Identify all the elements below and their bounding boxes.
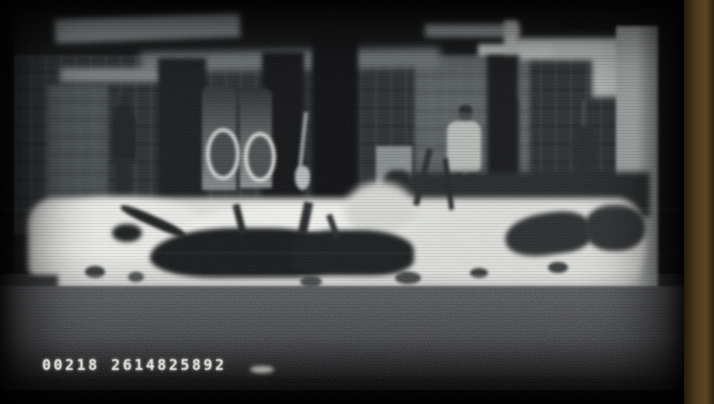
debris-speck [85,266,105,278]
surveillance-photo-still: 00218 2614825892 [0,0,714,404]
hanging-bag [572,126,596,170]
timecode-counter: 00218 2614825892 [42,356,227,374]
monitor-frame-edge [684,0,714,404]
right-figure-hair [459,105,472,113]
debris-chunk [585,205,645,251]
debris-speck [128,272,144,282]
tear-line [0,252,684,254]
dark-column [158,58,206,218]
dark-column-center [312,0,358,218]
tear-line [0,300,684,301]
right-figure-shirt [447,121,481,175]
oval-opening [206,128,240,180]
left-figure-body [112,104,136,162]
counter-smudge [250,366,274,373]
hanging-cord [582,100,584,128]
debris-speck [548,262,568,273]
bottom-black-band [0,378,684,404]
debris-speck [395,272,421,284]
shovel-blade [295,166,310,190]
tear-line [0,208,684,210]
video-frame: 00218 2614825892 [0,0,684,404]
debris-speck [470,268,488,278]
oval-opening [244,132,276,182]
scene-layer [0,0,684,404]
wreckage-bow [112,224,142,242]
tiled-wall-left [48,85,108,210]
